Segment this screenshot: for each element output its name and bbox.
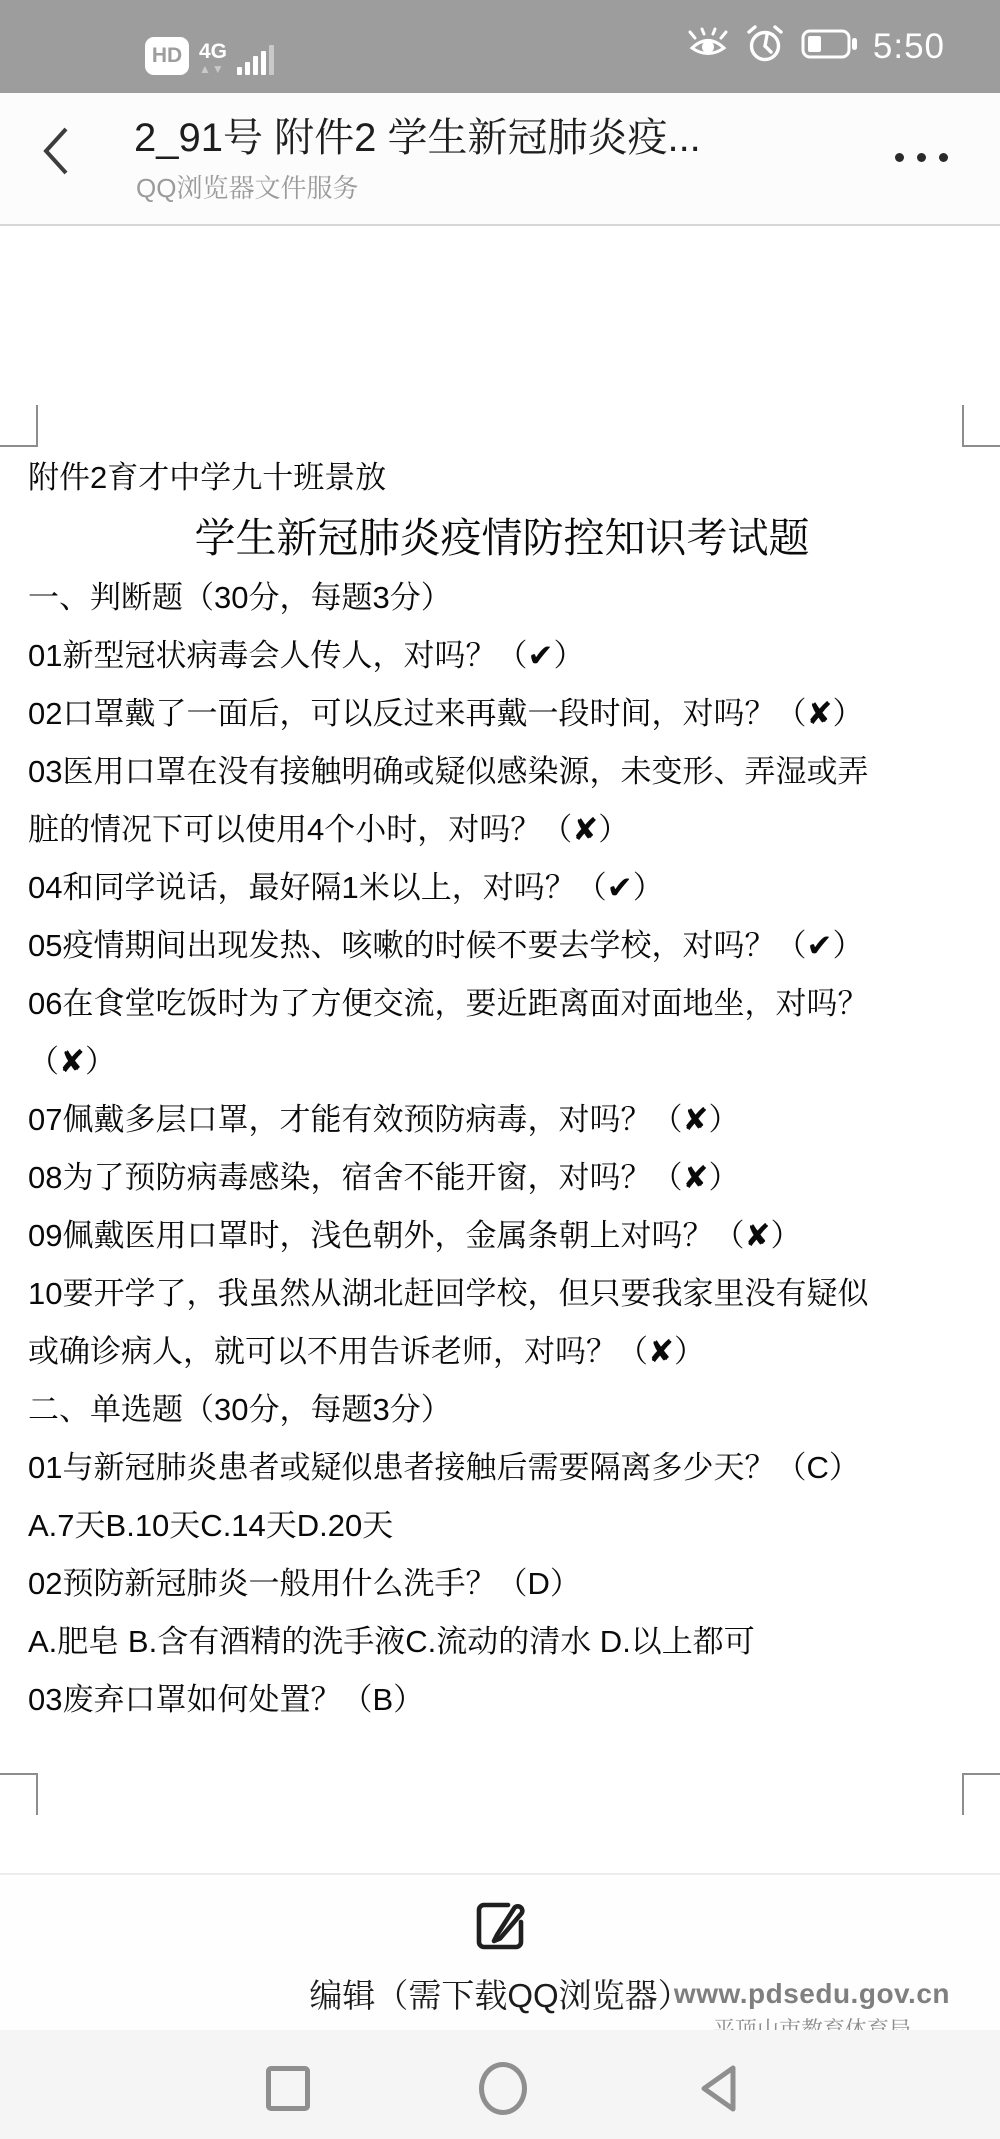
dot-icon: [939, 153, 948, 162]
recents-square-button[interactable]: [266, 2066, 310, 2111]
back-button[interactable]: [36, 121, 80, 181]
status-right-cluster: 5:50: [687, 0, 945, 93]
watermark-url: www.pdsedu.gov.cn: [674, 1978, 950, 2010]
battery-icon: [801, 28, 858, 65]
back-triangle-button[interactable]: [695, 2062, 741, 2120]
page-corner-mark: [962, 1773, 1000, 1815]
doc-question-line: （✘）: [28, 1033, 976, 1091]
doc-question-line: 03医用口罩在没有接触明确或疑似感染源，未变形、弄湿或弄: [28, 743, 976, 801]
page-corner-mark: [0, 1773, 38, 1815]
data-activity-icon: ▲▼: [199, 63, 225, 75]
file-source-label: QQ浏览器文件服务: [136, 168, 358, 205]
doc-option-line: A.7天B.10天C.14天D.20天: [28, 1497, 976, 1555]
doc-question-line: 09佩戴医用口罩时，浅色朝外，金属条朝上对吗？（✘）: [28, 1207, 976, 1265]
doc-question-line: 10要开学了，我虽然从湖北赶回学校，但只要我家里没有疑似: [28, 1265, 976, 1323]
app-title-bar: 2_91号 附件2 学生新冠肺炎疫... QQ浏览器文件服务: [0, 93, 1000, 226]
doc-question-line: 04和同学说话，最好隔1米以上，对吗？（✔）: [28, 859, 976, 917]
doc-section-heading: 二、单选题（30分，每题3分）: [28, 1381, 976, 1439]
doc-header-line: 附件2育才中学九十班景放: [28, 449, 976, 507]
edit-pencil-icon: [300, 1895, 700, 1962]
network-4g-label: 4G: [199, 41, 227, 62]
page-corner-mark: [962, 405, 1000, 447]
phone-screen: HD 4G ▲▼: [0, 0, 1000, 2139]
clock-time: 5:50: [873, 27, 945, 67]
eye-comfort-icon: [687, 27, 729, 66]
network-type: 4G ▲▼: [199, 41, 227, 75]
doc-question-line: 或确诊病人，就可以不用告诉老师，对吗？（✘）: [28, 1323, 976, 1381]
doc-question-line: 07佩戴多层口罩，才能有效预防病毒，对吗？（✘）: [28, 1091, 976, 1149]
doc-option-line: A.肥皂 B.含有酒精的洗手液C.流动的清水 D.以上都可: [28, 1613, 976, 1671]
doc-question-line: 05疫情期间出现发热、咳嗽的时候不要去学校，对吗？（✔）: [28, 917, 976, 975]
status-bar: HD 4G ▲▼: [0, 0, 1000, 93]
page-corner-mark: [0, 405, 38, 447]
dot-icon: [917, 153, 926, 162]
signal-strength-icon: [237, 45, 274, 75]
document-viewer[interactable]: 附件2育才中学九十班景放 学生新冠肺炎疫情防控知识考试题 一、判断题（30分，每…: [0, 228, 1000, 1873]
doc-question-line: 03废弃口罩如何处置？（B）: [28, 1671, 976, 1729]
doc-question-line: 01新型冠状病毒会人传人，对吗？（✔）: [28, 627, 976, 685]
alarm-clock-icon: [744, 23, 786, 70]
android-navigation-bar: [0, 2030, 1000, 2139]
more-menu-button[interactable]: [891, 145, 952, 170]
doc-question-line: 01与新冠肺炎患者或疑似患者接触后需要隔离多少天？（C）: [28, 1439, 976, 1497]
doc-title: 学生新冠肺炎疫情防控知识考试题: [28, 507, 976, 569]
bottom-action-bar: 编辑（需下载QQ浏览器） www.pdsedu.gov.cn 平顶山市教育体育局: [0, 1873, 1000, 2030]
edit-button[interactable]: 编辑（需下载QQ浏览器）: [300, 1895, 700, 2017]
doc-question-line: 06在食堂吃饭时为了方便交流，要近距离面对面地坐，对吗？: [28, 975, 976, 1033]
doc-question-line: 02预防新冠肺炎一般用什么洗手？（D）: [28, 1555, 976, 1613]
doc-question-line: 脏的情况下可以使用4个小时，对吗？（✘）: [28, 801, 976, 859]
edit-button-label: 编辑（需下载QQ浏览器）: [300, 1970, 700, 2017]
dot-icon: [895, 153, 904, 162]
status-left-cluster: HD 4G ▲▼: [145, 37, 274, 75]
document-text: 附件2育才中学九十班景放 学生新冠肺炎疫情防控知识考试题 一、判断题（30分，每…: [28, 449, 976, 1729]
doc-question-line: 02口罩戴了一面后，可以反过来再戴一段时间，对吗？（✘）: [28, 685, 976, 743]
file-title: 2_91号 附件2 学生新冠肺炎疫...: [134, 106, 874, 163]
doc-section-heading: 一、判断题（30分，每题3分）: [28, 569, 976, 627]
hd-call-icon: HD: [145, 37, 189, 75]
doc-question-line: 08为了预防病毒感染，宿舍不能开窗，对吗？（✘）: [28, 1149, 976, 1207]
home-circle-button[interactable]: [479, 2062, 527, 2115]
